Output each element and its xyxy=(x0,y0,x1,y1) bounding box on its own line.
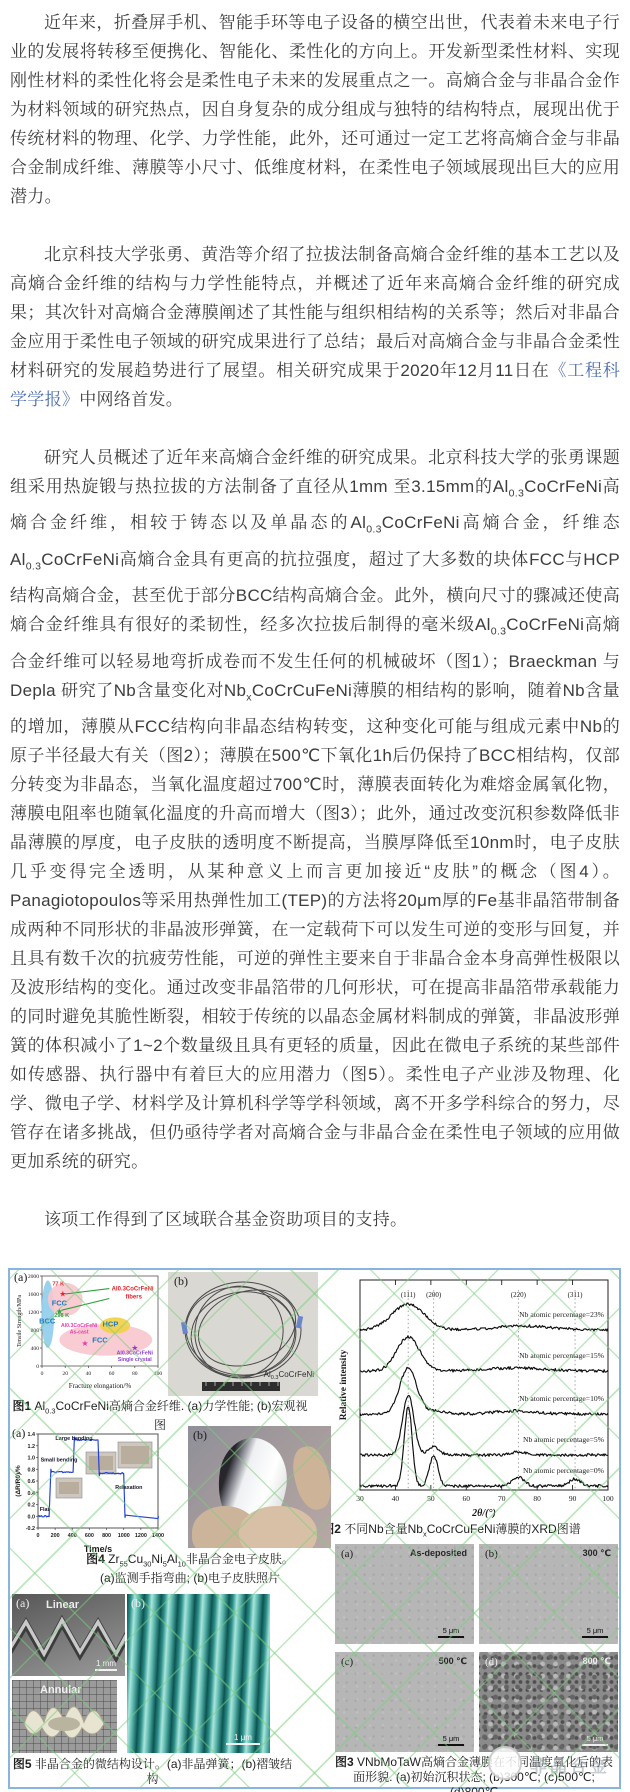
fig1-panel-b-label: (b) xyxy=(174,1274,188,1289)
svg-text:1200: 1200 xyxy=(28,1310,39,1316)
svg-text:50: 50 xyxy=(427,1494,435,1503)
svg-text:70: 70 xyxy=(498,1494,506,1503)
svg-text:100: 100 xyxy=(602,1494,614,1503)
fig3-panel-c: (c) 500 ℃ 5 μm xyxy=(335,1652,474,1752)
svg-text:0.6: 0.6 xyxy=(28,1479,36,1485)
fig5-linear-sem: (a) Linear 1 mm xyxy=(12,1594,125,1676)
page: { "page": { "bg": "#ffffff", "text_color… xyxy=(0,0,630,1792)
fig3-panel-d-scalebar: 5 μm xyxy=(582,1734,608,1746)
fig3-panel-b: (b) 300 ℃ 5 μm xyxy=(479,1544,618,1644)
svg-text:600: 600 xyxy=(85,1533,94,1539)
article-body: 近年来，折叠屏手机、智能手环等电子设备的横空出世，代表着未来电子行业的发展将转移… xyxy=(0,0,630,1264)
svg-text:1.4: 1.4 xyxy=(28,1432,36,1438)
svg-text:800: 800 xyxy=(102,1533,111,1539)
fig1b-fiber-coil-photo: Al0.3CoCrFeNi xyxy=(168,1272,318,1396)
fig3-panel-d: (d) 800 ℃ 5 μm xyxy=(479,1652,618,1752)
svg-text:2θ/(°): 2θ/(°) xyxy=(471,1508,496,1519)
fig3-panel-d-label: 800 ℃ xyxy=(583,1656,611,1667)
finger xyxy=(239,1506,317,1548)
svg-text:FCC: FCC xyxy=(92,1336,108,1345)
svg-text:0.2: 0.2 xyxy=(28,1503,36,1509)
svg-text:Large bending: Large bending xyxy=(55,1436,92,1442)
fig5-annular-label: Annular xyxy=(40,1684,82,1696)
fig5-teal-scalebar: 1 μm xyxy=(226,1733,260,1745)
paragraph-overview: 北京科技大学张勇、黄浩等介绍了拉拔法制备高熵合金纤维的基本工艺以及高熵合金纤维的… xyxy=(10,240,620,414)
fig5-annular-photo: Annular xyxy=(12,1680,117,1753)
svg-text:0: 0 xyxy=(37,1533,40,1539)
paragraph-results: 研究人员概述了近年来高熵合金纤维的研究成果。北京科技大学的张勇课题组采用热旋锻与… xyxy=(10,443,620,1176)
fig3-panel-a-scalebar: 5 μm xyxy=(438,1626,464,1638)
svg-text:Fracture elongation/%: Fracture elongation/% xyxy=(69,1382,132,1390)
paragraph-funding: 该项工作得到了区域联合基金资助项目的支持。 xyxy=(10,1205,620,1234)
fig4-caption: 图4 Zr55Cu30Ni5Al10非晶合金电子皮肤。 (a)监测手指弯曲; (… xyxy=(40,1552,340,1586)
fig5-linear-scalebar: 1 mm xyxy=(95,1659,117,1671)
svg-text:400: 400 xyxy=(68,1533,77,1539)
svg-text:(ΔR/R0)/%: (ΔR/R0)/% xyxy=(15,1465,22,1497)
svg-text:80: 80 xyxy=(533,1494,541,1503)
fig5-panel-a-label: (a) xyxy=(16,1596,29,1611)
fig5-linear-label: Linear xyxy=(46,1599,79,1611)
paragraph-intro: 近年来，折叠屏手机、智能手环等电子设备的横空出世，代表着未来电子行业的发展将转移… xyxy=(10,8,620,211)
svg-text:30: 30 xyxy=(356,1494,364,1503)
svg-text:Small bending: Small bending xyxy=(41,1458,78,1464)
svg-text:1.2: 1.2 xyxy=(28,1444,36,1450)
svg-text:Flat: Flat xyxy=(40,1507,50,1513)
fig1-panel-a-label: (a) xyxy=(14,1270,27,1285)
svg-text:0.0: 0.0 xyxy=(28,1514,36,1520)
svg-text:Single crystal: Single crystal xyxy=(118,1357,152,1363)
svg-text:-0.2: -0.2 xyxy=(26,1526,35,1532)
svg-text:(111): (111) xyxy=(401,1291,416,1299)
svg-text:77 K: 77 K xyxy=(52,1281,64,1287)
svg-text:★: ★ xyxy=(81,1339,88,1348)
fig4-panel-b-label: (b) xyxy=(193,1428,207,1443)
svg-text:HCP: HCP xyxy=(103,1319,119,1328)
svg-text:Al0.3CoCrFeNi: Al0.3CoCrFeNi xyxy=(117,1351,154,1357)
figure-panel: (a) 0400800120016002000020406080100Tensi… xyxy=(8,1268,621,1789)
svg-text:Al0.3CoCrFeNi: Al0.3CoCrFeNi xyxy=(112,1287,154,1293)
svg-text:1200: 1200 xyxy=(135,1533,147,1539)
fig5-panel-b-label: (b) xyxy=(131,1596,145,1611)
fig3-panel-b-scalebar: 5 μm xyxy=(582,1626,608,1638)
fig3-panel-d-id: (d) xyxy=(485,1656,498,1668)
fig3-panel-c-label: 500 ℃ xyxy=(439,1656,467,1667)
fig3-panel-b-label: 300 ℃ xyxy=(583,1548,611,1559)
svg-text:Tensile Strength/MPa: Tensile Strength/MPa xyxy=(17,1295,23,1347)
svg-text:(200): (200) xyxy=(426,1291,442,1299)
fig3-panel-b-id: (b) xyxy=(485,1548,498,1560)
svg-text:1400: 1400 xyxy=(152,1533,164,1539)
svg-text:fibers: fibers xyxy=(126,1295,143,1301)
svg-text:Nb atomic percentage=5%: Nb atomic percentage=5% xyxy=(523,1435,605,1444)
svg-text:0: 0 xyxy=(36,1364,39,1370)
svg-text:800: 800 xyxy=(31,1328,40,1334)
svg-text:Relaxation: Relaxation xyxy=(115,1485,142,1491)
svg-text:1.0: 1.0 xyxy=(28,1456,36,1462)
fig3-panel-a-id: (a) xyxy=(341,1548,353,1560)
svg-text:90: 90 xyxy=(569,1494,577,1503)
svg-text:60: 60 xyxy=(463,1494,471,1503)
svg-text:40: 40 xyxy=(86,1371,92,1377)
fig3-panel-a-label: As-deposited xyxy=(410,1548,467,1558)
svg-text:40: 40 xyxy=(392,1494,400,1503)
watermark-text: 非晶合金 xyxy=(530,1752,610,1777)
fig3-panel-c-scalebar: 5 μm xyxy=(438,1734,464,1746)
fig4-panel-a-label: (a) xyxy=(12,1426,25,1441)
svg-text:0: 0 xyxy=(41,1371,44,1377)
fig3-panel-c-id: (c) xyxy=(341,1656,353,1668)
svg-text:400: 400 xyxy=(31,1346,40,1352)
svg-text:Nb atomic percentage=10%: Nb atomic percentage=10% xyxy=(519,1394,604,1403)
svg-text:Nb atomic percentage=23%: Nb atomic percentage=23% xyxy=(519,1310,604,1319)
svg-text:Relative intensity: Relative intensity xyxy=(339,1350,349,1421)
fig5-wrinkle-photo: (b) 1 μm xyxy=(127,1594,270,1753)
fig3-panel-a: (a) As-deposited 5 μm xyxy=(335,1544,474,1644)
svg-text:0.8: 0.8 xyxy=(28,1467,36,1473)
svg-text:1600: 1600 xyxy=(28,1292,39,1298)
svg-text:Al0.3CoCrFeNi: Al0.3CoCrFeNi xyxy=(61,1323,98,1329)
svg-text:As-cast: As-cast xyxy=(70,1329,89,1335)
svg-text:60: 60 xyxy=(109,1371,115,1377)
svg-text:100: 100 xyxy=(154,1371,162,1377)
svg-text:★: ★ xyxy=(59,1290,66,1299)
svg-text:(311): (311) xyxy=(568,1291,584,1299)
fig4b-eskin-photo: (b) xyxy=(188,1426,331,1548)
svg-text:1000: 1000 xyxy=(118,1533,130,1539)
svg-text:0.4: 0.4 xyxy=(28,1491,36,1497)
svg-text:(220): (220) xyxy=(511,1291,527,1299)
fig3-sem-grid: (a) As-deposited 5 μm (b) 300 ℃ 5 μm (c)… xyxy=(335,1544,618,1752)
svg-text:298 K: 298 K xyxy=(54,1313,69,1319)
fig4a-eskin-chart: -0.20.00.20.40.60.81.01.21.4020040060080… xyxy=(12,1428,164,1560)
svg-text:2000: 2000 xyxy=(28,1274,39,1280)
watermark-logo xyxy=(488,1746,522,1780)
svg-text:20: 20 xyxy=(62,1371,68,1377)
fig1a-mechanical-chart: 0400800120016002000020406080100Tensile S… xyxy=(12,1272,162,1396)
thumb xyxy=(288,1443,331,1513)
svg-text:200: 200 xyxy=(51,1533,60,1539)
svg-text:80: 80 xyxy=(132,1371,138,1377)
fig2-caption: 图2 不同Nb含量NbxCoCrCuFeNi薄膜的XRD图谱 xyxy=(285,1522,618,1541)
svg-text:Nb atomic percentage=0%: Nb atomic percentage=0% xyxy=(523,1466,605,1475)
fig2-xrd-chart: 30405060708090100(111)(200)(220)(311)Rel… xyxy=(336,1274,618,1520)
fig5-caption: 图5 非晶合金的微结构设计。(a)非晶弹簧；(b)褶皱结构 xyxy=(10,1757,295,1787)
svg-text:Nb atomic percentage=15%: Nb atomic percentage=15% xyxy=(519,1351,604,1360)
